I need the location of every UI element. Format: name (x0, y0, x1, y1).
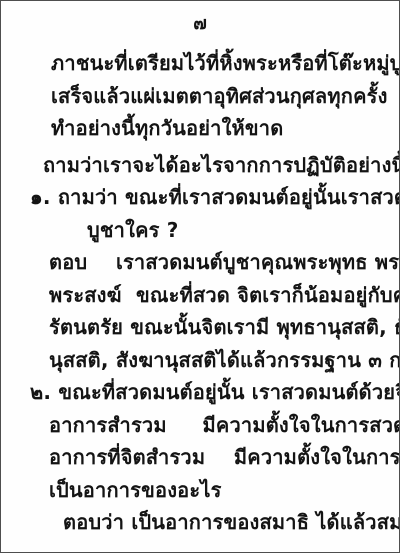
document-page: ๗ ภาชนะที่เตรียมไว้ที่หิ้งพระหรือที่โต๊ะ… (0, 0, 400, 553)
text-line: รัตนตรัย ขณะนั้นจิตเรามี พุทธานุสสติ, ธั… (49, 311, 399, 344)
qa-item-1-answer: ตอบ เราสวดมนต์บูชาคุณพระพุทธ พระธรรม พระ… (1, 246, 399, 376)
page-number: ๗ (1, 1, 399, 45)
qa-item-1-question: ๑. ถามว่า ขณะที่เราสวดมนต์อยู่นั้นเราสวด… (1, 181, 399, 246)
text-line: ทำอย่างนี้ทุกวันอย่าให้ขาด (51, 112, 399, 145)
text-line: บูชาใคร ? (87, 214, 399, 247)
text-line: เสร็จแล้วแผ่เมตตาอุทิศส่วนกุศลทุกครั้ง (51, 80, 399, 113)
qa-item-2-question: ๒. ขณะที่สวดมนต์อยู่นั้น เราสวดมนต์ด้วยจ… (1, 376, 399, 506)
opening-paragraph: ภาชนะที่เตรียมไว้ที่หิ้งพระหรือที่โต๊ะหม… (1, 47, 399, 145)
text-line: ๒. ขณะที่สวดมนต์อยู่นั้น เราสวดมนต์ด้วยจ… (30, 376, 399, 409)
qa-item-2-answer: ตอบว่า เป็นอาการของสมาธิ ได้แล้วสมาธิเบื… (1, 506, 399, 539)
text-line: ถามว่าเราจะได้อะไรจากการปฏิบัติอย่างนี้ … (43, 149, 399, 182)
text-line: เป็นอาการของอะไร (49, 474, 399, 507)
text-block: ภาชนะที่เตรียมไว้ที่หิ้งพระหรือที่โต๊ะหม… (1, 45, 399, 539)
text-line: ๑. ถามว่า ขณะที่เราสวดมนต์อยู่นั้นเราสวด… (30, 181, 399, 214)
text-line: อาการที่จิตสำรวม มีความตั้งใจในการสวดนั้… (49, 441, 399, 474)
question-intro: ถามว่าเราจะได้อะไรจากการปฏิบัติอย่างนี้ … (1, 149, 399, 182)
text-line: พระสงฆ์ ขณะที่สวด จิตเราก็น้อมอยู่กับคุณ… (49, 279, 399, 312)
text-line: ตอบ เราสวดมนต์บูชาคุณพระพุทธ พระธรรม (49, 246, 399, 279)
text-line: อาการสำรวม มีความตั้งใจในการสวดถามว่า (49, 409, 399, 442)
text-line: ตอบว่า เป็นอาการของสมาธิ ได้แล้วสมาธิเบื… (63, 506, 399, 539)
text-line: นุสสติ, สังฆานุสสติได้แล้วกรรมฐาน ๓ กอง (49, 344, 399, 377)
text-line: ภาชนะที่เตรียมไว้ที่หิ้งพระหรือที่โต๊ะหม… (51, 47, 399, 80)
